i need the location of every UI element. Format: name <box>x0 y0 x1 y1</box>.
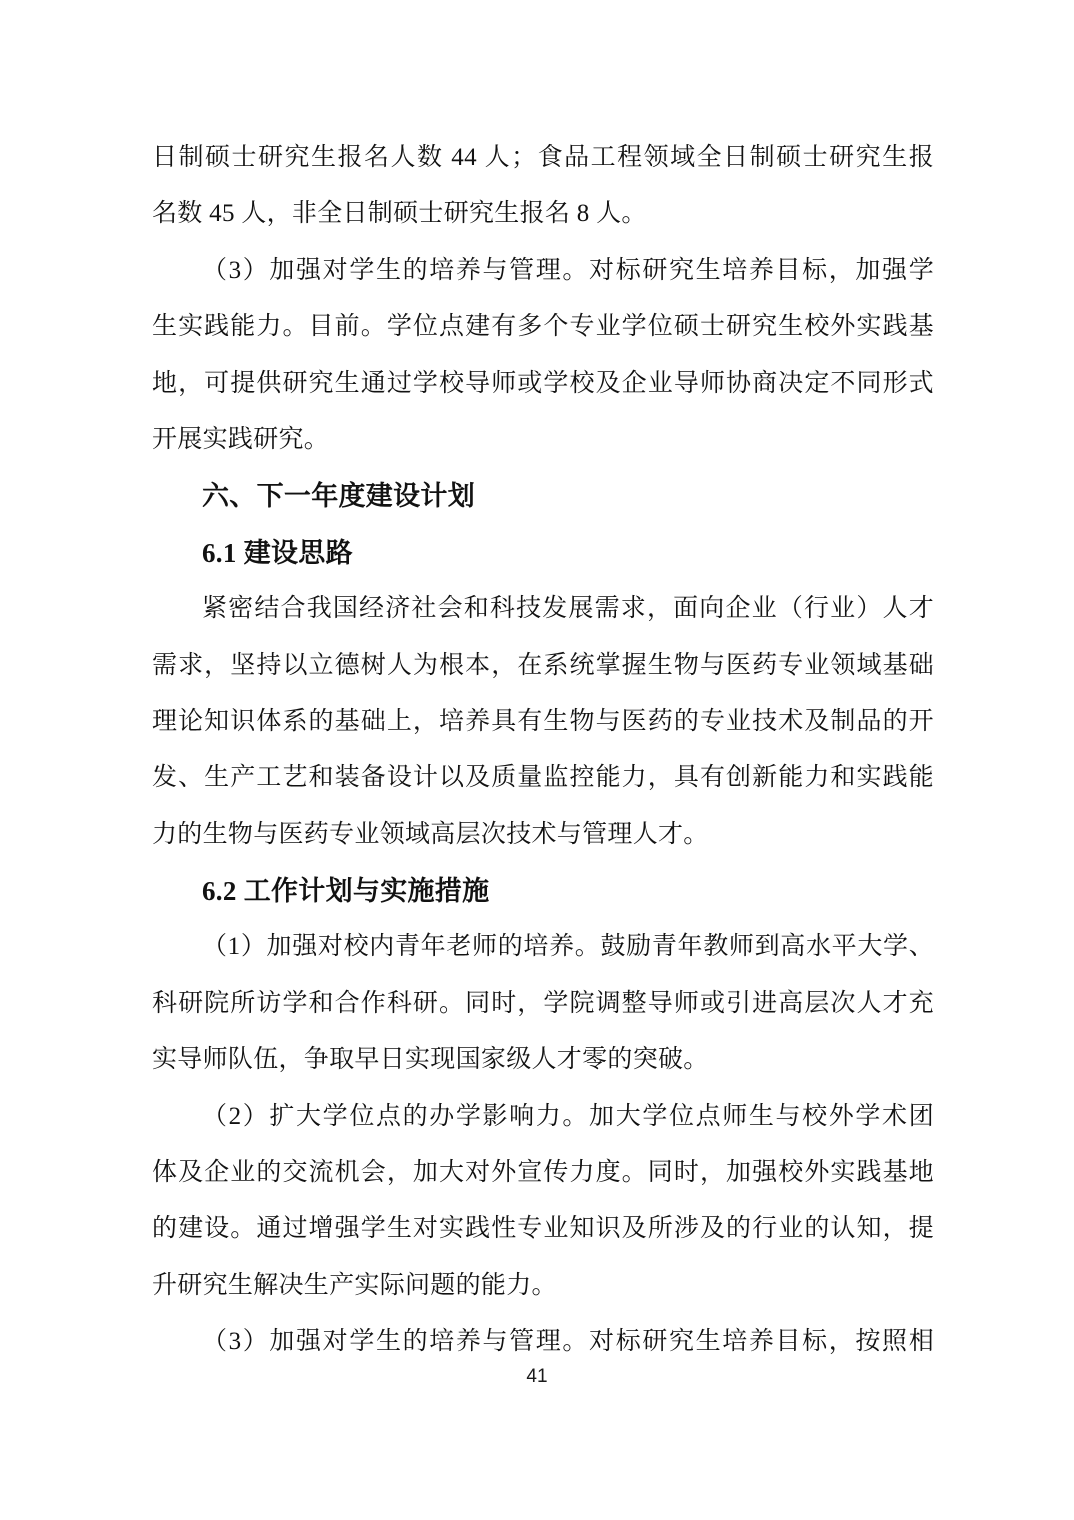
paragraph-line: 日制硕士研究生报名人数 44 人；食品工程领域全日制硕士研究生报 <box>152 130 934 186</box>
paragraph-line: 科研院所访学和合作科研。同时，学院调整导师或引进高层次人才充 <box>152 976 934 1032</box>
paragraph-line: 生实践能力。目前。学位点建有多个专业学位硕士研究生校外实践基 <box>152 299 934 355</box>
paragraph-line: （3）加强对学生的培养与管理。对标研究生培养目标，按照相 <box>152 1314 934 1370</box>
paragraph-line: 实导师队伍，争取早日实现国家级人才零的突破。 <box>152 1032 934 1088</box>
document-page: 日制硕士研究生报名人数 44 人；食品工程领域全日制硕士研究生报 名数 45 人… <box>0 0 1074 1520</box>
paragraph-line: （3）加强对学生的培养与管理。对标研究生培养目标，加强学 <box>152 243 934 299</box>
section-heading-6: 六、下一年度建设计划 <box>152 468 934 524</box>
paragraph-line: 名数 45 人，非全日制硕士研究生报名 8 人。 <box>152 186 934 242</box>
paragraph-line: 力的生物与医药专业领域高层次技术与管理人才。 <box>152 807 934 863</box>
page-number: 41 <box>0 1366 1074 1388</box>
subsection-heading-6-1: 6.1 建设思路 <box>152 525 934 581</box>
paragraph-line: 发、生产工艺和装备设计以及质量监控能力，具有创新能力和实践能 <box>152 750 934 806</box>
paragraph-line: 的建设。通过增强学生对实践性专业知识及所涉及的行业的认知，提 <box>152 1201 934 1257</box>
paragraph-line: 升研究生解决生产实际问题的能力。 <box>152 1258 934 1314</box>
paragraph-line: 开展实践研究。 <box>152 412 934 468</box>
paragraph-line: 地，可提供研究生通过学校导师或学校及企业导师协商决定不同形式 <box>152 356 934 412</box>
paragraph-line: 理论知识体系的基础上，培养具有生物与医药的专业技术及制品的开 <box>152 694 934 750</box>
paragraph-line: （1）加强对校内青年老师的培养。鼓励青年教师到高水平大学、 <box>152 919 934 975</box>
paragraph-line: （2）扩大学位点的办学影响力。加大学位点师生与校外学术团 <box>152 1089 934 1145</box>
paragraph-line: 紧密结合我国经济社会和科技发展需求，面向企业（行业）人才 <box>152 581 934 637</box>
paragraph-line: 需求，坚持以立德树人为根本，在系统掌握生物与医药专业领域基础 <box>152 638 934 694</box>
paragraph-line: 体及企业的交流机会，加大对外宣传力度。同时，加强校外实践基地 <box>152 1145 934 1201</box>
document-content: 日制硕士研究生报名人数 44 人；食品工程领域全日制硕士研究生报 名数 45 人… <box>152 130 934 1371</box>
subsection-heading-6-2: 6.2 工作计划与实施措施 <box>152 863 934 919</box>
